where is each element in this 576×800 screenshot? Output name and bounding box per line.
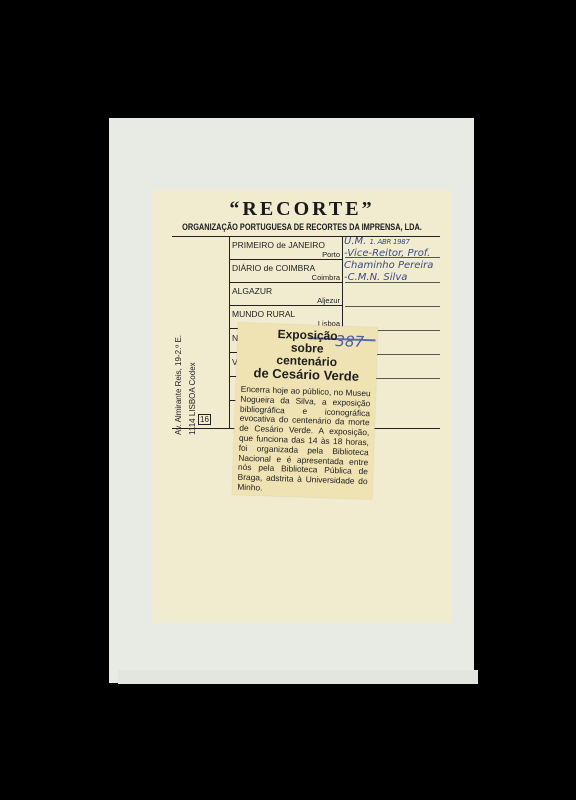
publication-city: Porto [322,250,340,259]
address-line-1: Av. Almirante Reis, 19-2.º E. [172,335,186,435]
publication-name: PRIMEIRO de JANEIRO [232,240,325,250]
publication-name: ALGAZUR [232,286,272,296]
handwritten-note: U.M. 1. ABR 1987 -Vice-Reitor, Prof. Cha… [344,236,454,284]
publication-city: Coimbra [312,273,340,282]
clipping-body-text: Encerra hoje ao público, no Museu Noguei… [237,385,371,497]
handwritten-line-4: -C.M.N. Silva [344,272,454,284]
card-subtitle: ORGANIZAÇÃO PORTUGUESA DE RECORTES DA IM… [179,222,425,232]
backing-paper-fold [118,670,478,684]
row-divider [229,282,342,283]
note-line [345,306,440,307]
headline-line: de Cesário Verde [236,366,376,384]
note-line [372,378,440,379]
newspaper-clipping: 387 Exposição sobre centenário de Cesári… [232,323,378,500]
date-stamp: 1. ABR 1987 [370,238,410,246]
card-title: “RECORTE” [152,198,452,221]
row-divider [229,259,342,260]
handwritten-line-2: -Vice-Reitor, Prof. [344,248,454,260]
note-line [372,330,440,331]
publication-name: MUNDO RURAL [232,309,295,319]
sheet-number: 16 [198,414,211,425]
handwritten-line-3: Chaminho Pereira [344,260,454,272]
publication-name: DIÁRIO de COIMBRA [232,263,315,273]
row-divider [229,305,342,306]
clipping-headline: Exposição sobre centenário de Cesário Ve… [236,327,378,384]
note-line [372,354,440,355]
handwritten-line-1: U.M. [344,236,366,247]
publication-city: Aljezur [317,296,340,305]
